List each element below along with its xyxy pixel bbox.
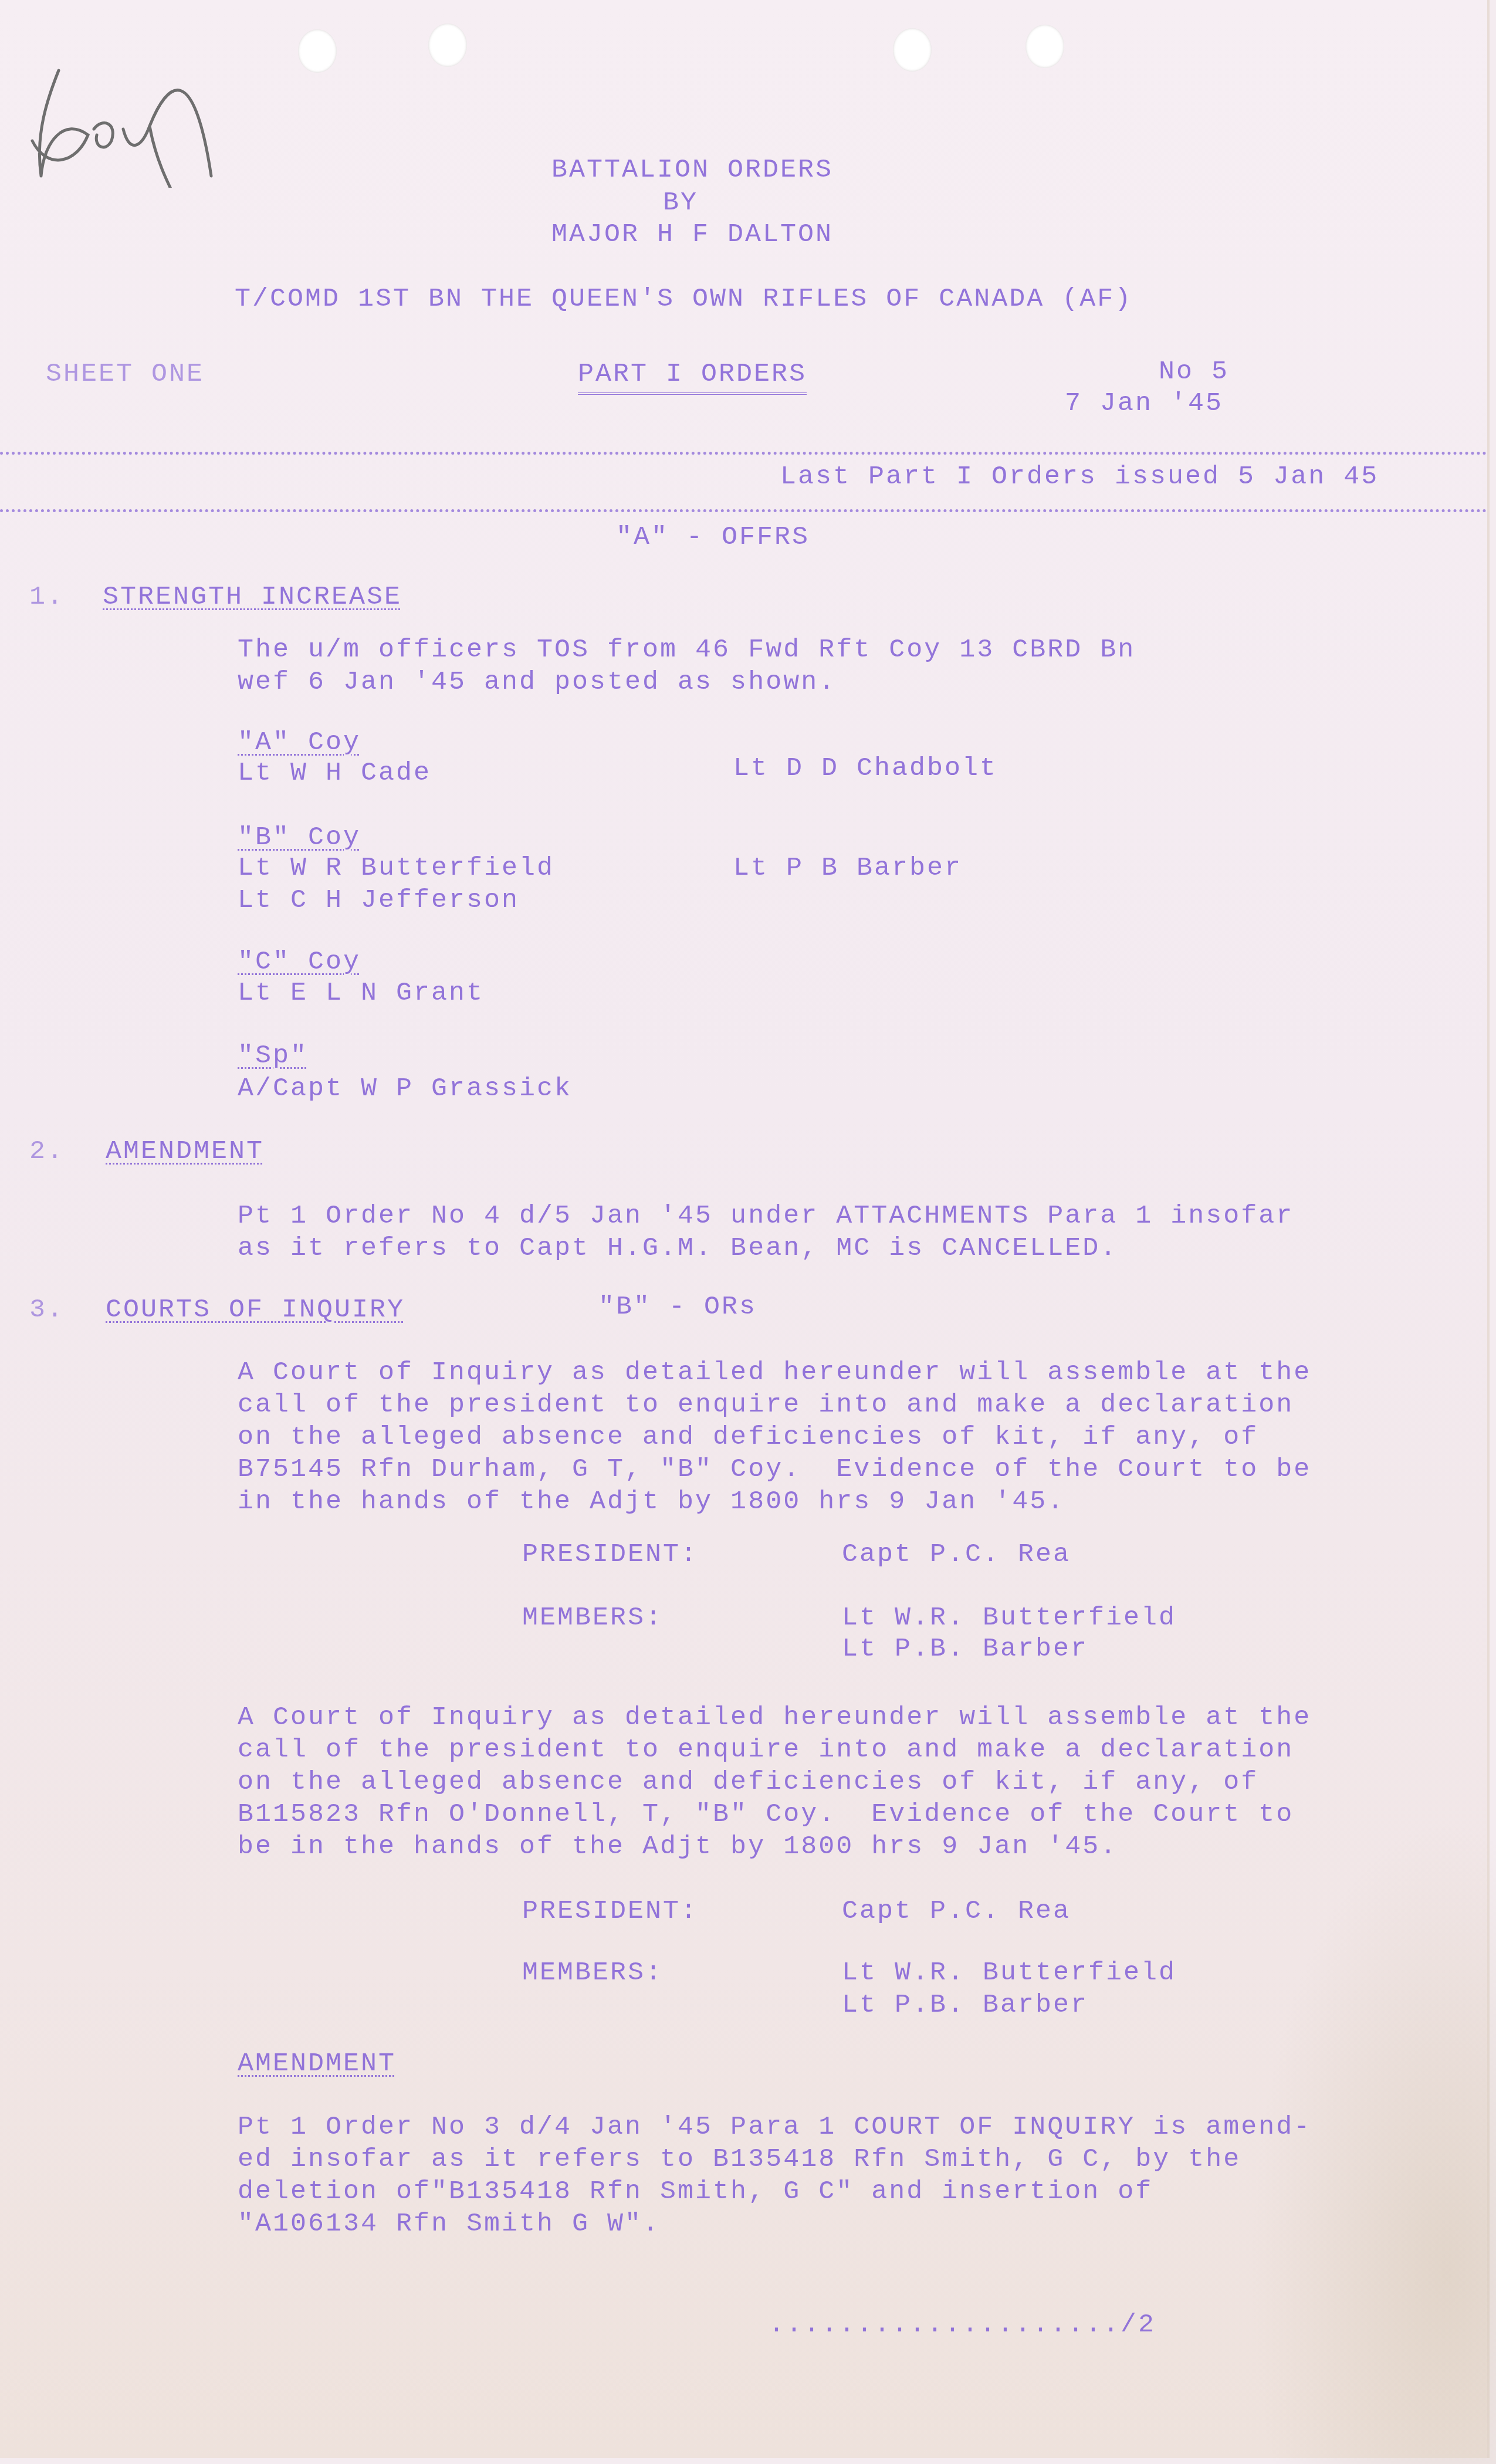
title-battalion-orders: BATTALION ORDERS [551, 154, 833, 186]
item-number: 2. [29, 1135, 65, 1167]
punch-hole-icon [298, 29, 337, 73]
item-body-line: as it refers to Capt H.G.M. Bean, MC is … [238, 1232, 1118, 1264]
item-number: 3. [29, 1294, 65, 1326]
officer-name: Lt P B Barber [733, 852, 962, 884]
inquiry-line: on the alleged absence and deficiencies … [238, 1766, 1258, 1798]
coy-heading: "B" Coy [238, 821, 361, 854]
officer-name: Lt D D Chadbolt [733, 752, 997, 784]
president-name: Capt P.C. Rea [842, 1538, 1071, 1571]
item-heading: AMENDMENT [106, 1135, 264, 1167]
amendment-line: ed insofar as it refers to B135418 Rfn S… [238, 2143, 1241, 2175]
inquiry-line: be in the hands of the Adjt by 1800 hrs … [238, 1830, 1118, 1863]
coy-heading: "A" Coy [238, 726, 361, 759]
item-heading: COURTS OF INQUIRY [106, 1294, 405, 1326]
inquiry-line: call of the president to enquire into an… [238, 1734, 1294, 1766]
inquiry-line: B75145 Rfn Durham, G T, "B" Coy. Evidenc… [238, 1453, 1311, 1485]
divider [0, 452, 1487, 455]
punch-hole-icon [1025, 25, 1064, 68]
item-body-line: Pt 1 Order No 4 d/5 Jan '45 under ATTACH… [238, 1200, 1294, 1232]
inquiry-line: call of the president to enquire into an… [238, 1389, 1294, 1421]
member-name: Lt W.R. Butterfield [842, 1957, 1176, 1989]
punch-hole-icon [893, 28, 932, 72]
order-number: No 5 [1159, 356, 1229, 388]
member-name: Lt P.B. Barber [842, 1989, 1088, 2021]
officer-name: Lt C H Jefferson [238, 884, 519, 916]
president-name: Capt P.C. Rea [842, 1895, 1071, 1927]
coy-heading: "C" Coy [238, 946, 361, 978]
item-body-line: The u/m officers TOS from 46 Fwd Rft Coy… [238, 634, 1135, 666]
title-officer: MAJOR H F DALTON [551, 218, 833, 251]
member-name: Lt P.B. Barber [842, 1633, 1088, 1665]
president-label: PRESIDENT: [522, 1538, 698, 1571]
president-label: PRESIDENT: [522, 1895, 698, 1927]
amendment-line: Pt 1 Order No 3 d/4 Jan '45 Para 1 COURT… [238, 2111, 1311, 2143]
coy-heading: "Sp" [238, 1040, 308, 1072]
continuation-marker: ..................../2 [769, 2309, 1156, 2341]
last-issued: Last Part I Orders issued 5 Jan 45 [780, 461, 1379, 493]
title-by: BY [663, 187, 698, 219]
officer-name: A/Capt W P Grassick [238, 1072, 572, 1105]
item-heading: STRENGTH INCREASE [103, 581, 402, 613]
item-subheading: "B" - ORs [598, 1291, 757, 1323]
officer-name: Lt W R Butterfield [238, 852, 554, 884]
members-label: MEMBERS: [522, 1602, 663, 1634]
members-label: MEMBERS: [522, 1957, 663, 1989]
officer-name: Lt W H Cade [238, 757, 431, 789]
amendment-heading: AMENDMENT [238, 2047, 396, 2080]
member-name: Lt W.R. Butterfield [842, 1602, 1176, 1634]
inquiry-line: on the alleged absence and deficiencies … [238, 1421, 1258, 1453]
part-orders-title: PART I ORDERS [578, 358, 807, 395]
inquiry-line: B115823 Rfn O'Donnell, T, "B" Coy. Evide… [238, 1798, 1294, 1830]
sheet-label: SHEET ONE [46, 358, 204, 390]
inquiry-line: in the hands of the Adjt by 1800 hrs 9 J… [238, 1485, 1065, 1518]
item-number: 1. [29, 581, 65, 613]
inquiry-line: A Court of Inquiry as detailed hereunder… [238, 1701, 1311, 1734]
item-body-line: wef 6 Jan '45 and posted as shown. [238, 666, 836, 698]
order-date: 7 Jan '45 [1065, 387, 1223, 419]
divider [0, 509, 1487, 512]
punch-hole-icon [428, 23, 467, 67]
officer-name: Lt E L N Grant [238, 977, 484, 1009]
inquiry-line: A Court of Inquiry as detailed hereunder… [238, 1356, 1311, 1389]
section-heading: "A" - OFFRS [616, 521, 810, 553]
handwritten-annotation-icon [23, 47, 223, 188]
amendment-line: deletion of"B135418 Rfn Smith, G C" and … [238, 2175, 1153, 2208]
amendment-line: "A106134 Rfn Smith G W". [238, 2208, 660, 2240]
command-line: T/COMD 1ST BN THE QUEEN'S OWN RIFLES OF … [235, 283, 1132, 315]
